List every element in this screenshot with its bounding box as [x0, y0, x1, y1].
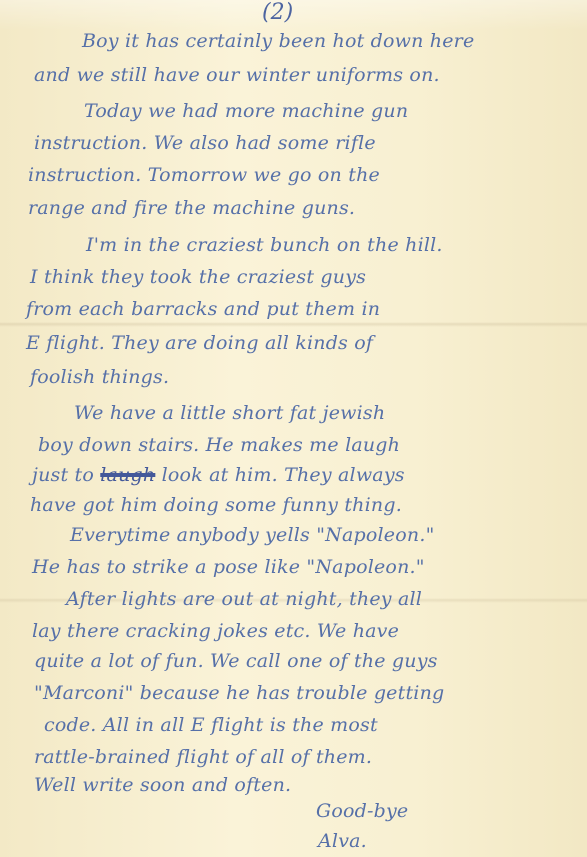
letter-line: lay there cracking jokes etc. We have: [32, 620, 399, 642]
signature: Alva.: [318, 830, 367, 852]
letter-line: We have a little short fat jewish: [74, 402, 385, 424]
page-number: (2): [262, 0, 293, 25]
letter-line: range and fire the machine guns.: [28, 197, 355, 219]
letter-line: instruction. We also had some rifle: [34, 132, 376, 154]
letter-line: He has to strike a pose like "Napoleon.": [32, 556, 425, 578]
letter-line: Today we had more machine gun: [84, 100, 408, 122]
letter-line: code. All in all E flight is the most: [44, 714, 378, 736]
letter-line: "Marconi" because he has trouble getting: [34, 682, 444, 704]
letter-line: Boy it has certainly been hot down here: [82, 30, 474, 52]
letter-line: I'm in the craziest bunch on the hill.: [86, 234, 443, 256]
letter-line: from each barracks and put them in: [26, 298, 380, 320]
struck-out-word: laugh: [100, 464, 155, 486]
letter-line: boy down stairs. He makes me laugh: [38, 434, 400, 456]
letter-line: I think they took the craziest guys: [30, 266, 366, 288]
letter-line: have got him doing some funny thing.: [30, 494, 402, 516]
letter-line: instruction. Tomorrow we go on the: [28, 164, 380, 186]
letter-text: just to: [32, 464, 94, 486]
letter-text: look at him. They always: [162, 464, 405, 486]
closing: Good-bye: [316, 800, 408, 822]
letter-line: quite a lot of fun. We call one of the g…: [34, 650, 438, 672]
letter-line: Everytime anybody yells "Napoleon.": [70, 524, 435, 546]
letter-line: After lights are out at night, they all: [66, 588, 422, 610]
letter-line: Well write soon and often.: [34, 774, 291, 796]
letter-line: and we still have our winter uniforms on…: [34, 64, 440, 86]
letter-line: rattle-brained flight of all of them.: [34, 746, 372, 768]
letter-line: foolish things.: [30, 366, 169, 388]
letter-line: just to laugh look at him. They always: [32, 464, 405, 486]
letter-line: E flight. They are doing all kinds of: [26, 332, 373, 354]
letter-page: (2) Boy it has certainly been hot down h…: [0, 0, 587, 857]
